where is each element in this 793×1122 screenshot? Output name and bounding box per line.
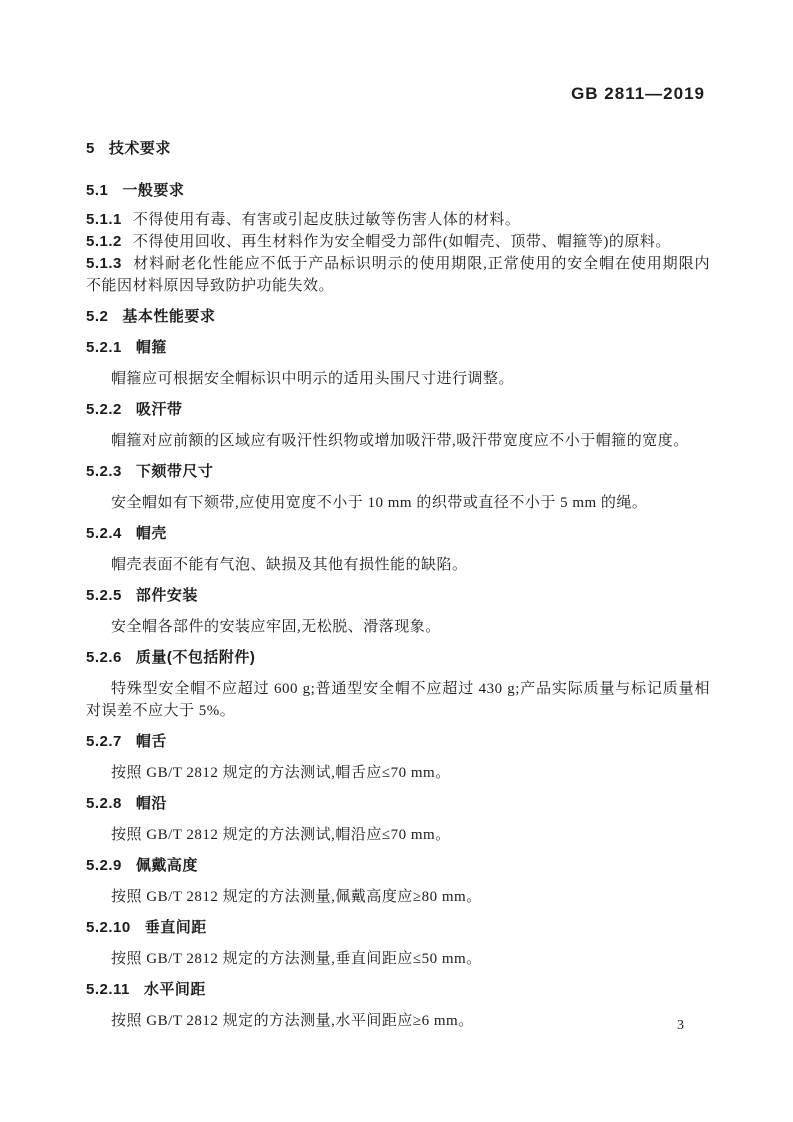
document-body: 5技术要求 5.1一般要求 5.1.1不得使用有毒、有害或引起皮肤过敏等伤害人体… (86, 0, 710, 1032)
heading-number: 5.2 (86, 308, 108, 325)
heading-5-2-6: 5.2.6质量(不包括附件) (86, 647, 710, 669)
para-5-2-1: 帽箍应可根据安全帽标识中明示的适用头围尺寸进行调整。 (86, 368, 710, 390)
page-number: 3 (677, 1018, 684, 1034)
heading-title: 帽舌 (136, 733, 167, 750)
para-5-2-9: 按照 GB/T 2812 规定的方法测量,佩戴高度应≥80 mm。 (86, 886, 710, 908)
heading-title: 佩戴高度 (136, 857, 198, 874)
heading-number: 5.2.10 (86, 919, 131, 936)
heading-number: 5.2.3 (86, 463, 122, 480)
clause-text: 不得使用有毒、有害或引起皮肤过敏等伤害人体的材料。 (133, 212, 521, 228)
heading-number: 5.2.9 (86, 857, 122, 874)
clause-number: 5.1.1 (86, 211, 122, 228)
heading-5-2-10: 5.2.10垂直间距 (86, 917, 710, 939)
heading-number: 5 (86, 140, 95, 157)
heading-5-1: 5.1一般要求 (86, 180, 710, 202)
clause-5-1-3: 5.1.3材料耐老化性能应不低于产品标识明示的使用期限,正常使用的安全帽在使用期… (86, 253, 710, 297)
heading-5-2-4: 5.2.4帽壳 (86, 523, 710, 545)
heading-number: 5.2.11 (86, 981, 130, 998)
heading-number: 5.2.2 (86, 401, 122, 418)
heading-title: 质量(不包括附件) (136, 649, 256, 666)
heading-title: 技术要求 (109, 140, 171, 157)
heading-5-2-11: 5.2.11水平间距 (86, 979, 710, 1001)
para-5-2-10: 按照 GB/T 2812 规定的方法测量,垂直间距应≤50 mm。 (86, 948, 710, 970)
heading-number: 5.2.6 (86, 649, 122, 666)
clause-text: 材料耐老化性能应不低于产品标识明示的使用期限,正常使用的安全帽在使用期限内不能因… (86, 256, 710, 294)
heading-number: 5.2.4 (86, 525, 122, 542)
clause-number: 5.1.3 (86, 255, 122, 272)
heading-5-2-9: 5.2.9佩戴高度 (86, 855, 710, 877)
clause-5-1-1: 5.1.1不得使用有毒、有害或引起皮肤过敏等伤害人体的材料。 (86, 209, 710, 231)
heading-title: 下颏带尺寸 (136, 463, 214, 480)
para-5-2-3: 安全帽如有下颏带,应使用宽度不小于 10 mm 的织带或直径不小于 5 mm 的… (86, 492, 710, 514)
heading-5-2-2: 5.2.2吸汗带 (86, 399, 710, 421)
para-5-2-4: 帽壳表面不能有气泡、缺损及其他有损性能的缺陷。 (86, 554, 710, 576)
heading-5-2-1: 5.2.1帽箍 (86, 337, 710, 359)
para-5-2-2: 帽箍对应前额的区域应有吸汗性织物或增加吸汗带,吸汗带宽度应不小于帽箍的宽度。 (86, 430, 710, 452)
heading-5-2-7: 5.2.7帽舌 (86, 731, 710, 753)
heading-title: 水平间距 (144, 981, 206, 998)
heading-title: 垂直间距 (145, 919, 207, 936)
para-5-2-6: 特殊型安全帽不应超过 600 g;普通型安全帽不应超过 430 g;产品实际质量… (86, 678, 710, 722)
heading-5-2-8: 5.2.8帽沿 (86, 793, 710, 815)
heading-5-2: 5.2基本性能要求 (86, 306, 710, 328)
heading-title: 基本性能要求 (122, 308, 215, 325)
heading-number: 5.2.1 (86, 339, 122, 356)
clause-number: 5.1.2 (86, 233, 122, 250)
heading-number: 5.2.8 (86, 795, 122, 812)
heading-title: 帽沿 (136, 795, 167, 812)
heading-number: 5.1 (86, 182, 108, 199)
heading-title: 帽壳 (136, 525, 167, 542)
para-5-2-8: 按照 GB/T 2812 规定的方法测试,帽沿应≤70 mm。 (86, 824, 710, 846)
heading-5: 5技术要求 (86, 138, 710, 160)
heading-title: 帽箍 (136, 339, 167, 356)
heading-number: 5.2.7 (86, 733, 122, 750)
heading-number: 5.2.5 (86, 587, 122, 604)
heading-5-2-5: 5.2.5部件安装 (86, 585, 710, 607)
heading-title: 部件安装 (136, 587, 198, 604)
heading-title: 一般要求 (122, 182, 184, 199)
heading-5-2-3: 5.2.3下颏带尺寸 (86, 461, 710, 483)
document-page: GB 2811—2019 5技术要求 5.1一般要求 5.1.1不得使用有毒、有… (0, 0, 793, 1122)
para-5-2-7: 按照 GB/T 2812 规定的方法测试,帽舌应≤70 mm。 (86, 762, 710, 784)
clause-5-1-2: 5.1.2不得使用回收、再生材料作为安全帽受力部件(如帽壳、顶带、帽箍等)的原料… (86, 231, 710, 253)
clause-text: 不得使用回收、再生材料作为安全帽受力部件(如帽壳、顶带、帽箍等)的原料。 (133, 234, 671, 250)
para-5-2-5: 安全帽各部件的安装应牢固,无松脱、滑落现象。 (86, 616, 710, 638)
heading-title: 吸汗带 (136, 401, 183, 418)
para-5-2-11: 按照 GB/T 2812 规定的方法测量,水平间距应≥6 mm。 (86, 1010, 710, 1032)
